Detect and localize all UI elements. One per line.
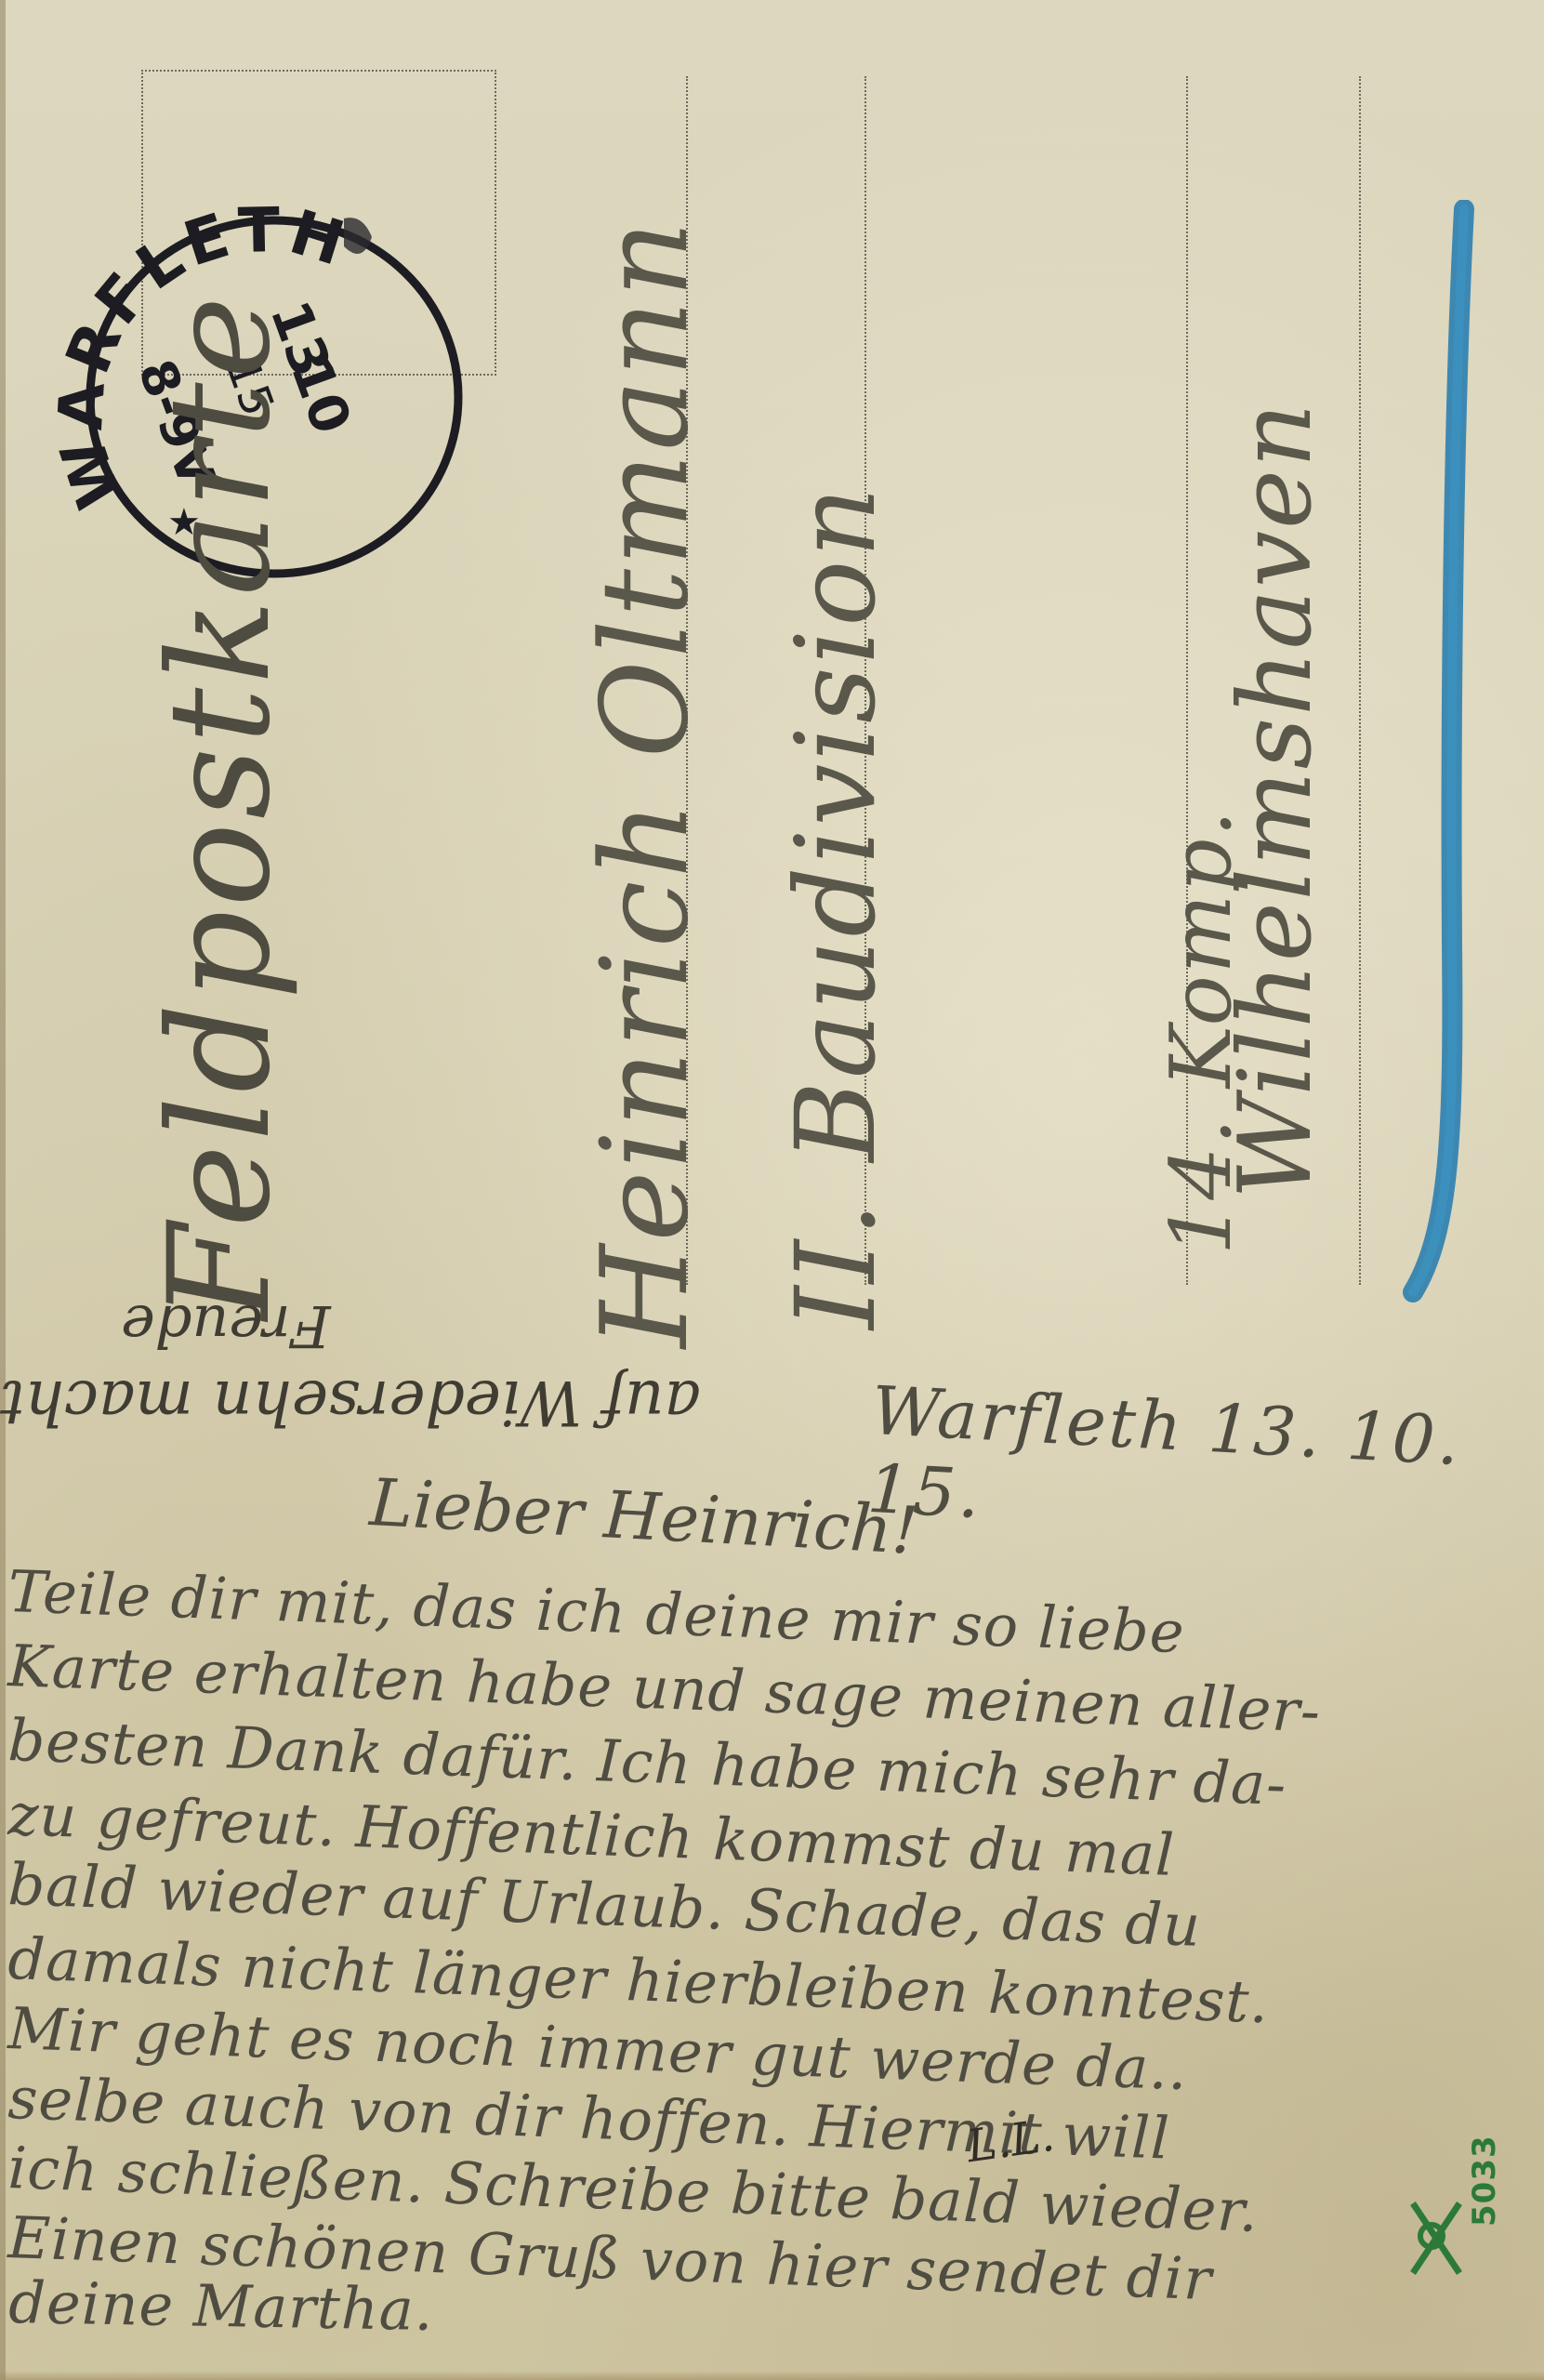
address-line-4-guide	[1359, 76, 1361, 1285]
recipient-name: Heinrich Oltmann	[576, 218, 715, 1348]
recipient-city: Wilhelmshaven	[1218, 402, 1334, 1199]
upside-down-note-line-1: auf Wiedersehn macht	[0, 1367, 701, 1438]
publisher-number: 5033	[1466, 2135, 1503, 2227]
postcard: WARFLETH 13 10 15 8-9V ★ Feldpostkarte H…	[0, 0, 1544, 2380]
card-type-label: Feldpostkarte	[139, 293, 301, 1320]
blue-pencil-mark	[1385, 200, 1497, 1316]
card-edge-bottom	[0, 2371, 1544, 2380]
card-edge-left	[0, 0, 6, 2380]
letter-dateline: Warfleth 13. 10. 15.	[865, 1371, 1533, 1562]
letter-signature: deine Martha.	[8, 2268, 434, 2344]
letter-salutation: Lieber Heinrich!	[368, 1464, 920, 1569]
upside-down-note-line-2: Freude	[121, 1292, 331, 1360]
recipient-unit: II. Baudivision	[772, 484, 900, 1329]
